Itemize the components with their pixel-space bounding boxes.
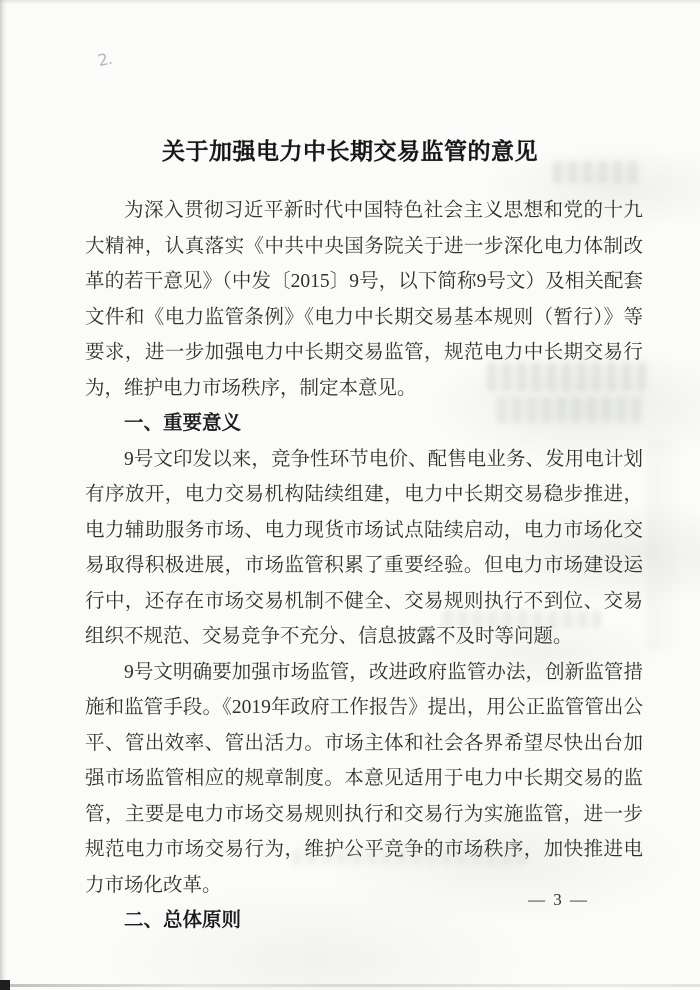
scan-edge-shadow-top (0, 0, 700, 4)
section-heading-1: 一、重要意义 (85, 406, 643, 442)
scan-edge-shadow-bottom (0, 984, 700, 987)
scan-corner-mark (0, 980, 10, 990)
document-title: 关于加强电力中长期交易监管的意见 (0, 133, 700, 166)
handwritten-pencil-mark: 2. (96, 49, 113, 70)
page-number: — 3 — (528, 890, 589, 910)
paragraph-significance-2: 9号文明确要加强市场监管，改进政府监管办法，创新监管措施和监管手段。《2019年… (85, 655, 643, 904)
paragraph-significance-1: 9号文印发以来，竞争性环节电价、配售电业务、发用电计划有序放开，电力交易机构陆续… (85, 442, 643, 655)
scanned-document-page: { "document": { "title": "关于加强电力中长期交易监管的… (0, 0, 700, 990)
ink-bleed-through-artifact (648, 440, 678, 650)
document-body: 为深入贯彻习近平新时代中国特色社会主义思想和党的十九大精神，认真落实《中共中央国… (85, 193, 643, 939)
paragraph-intro: 为深入贯彻习近平新时代中国特色社会主义思想和党的十九大精神，认真落实《中共中央国… (85, 193, 643, 406)
